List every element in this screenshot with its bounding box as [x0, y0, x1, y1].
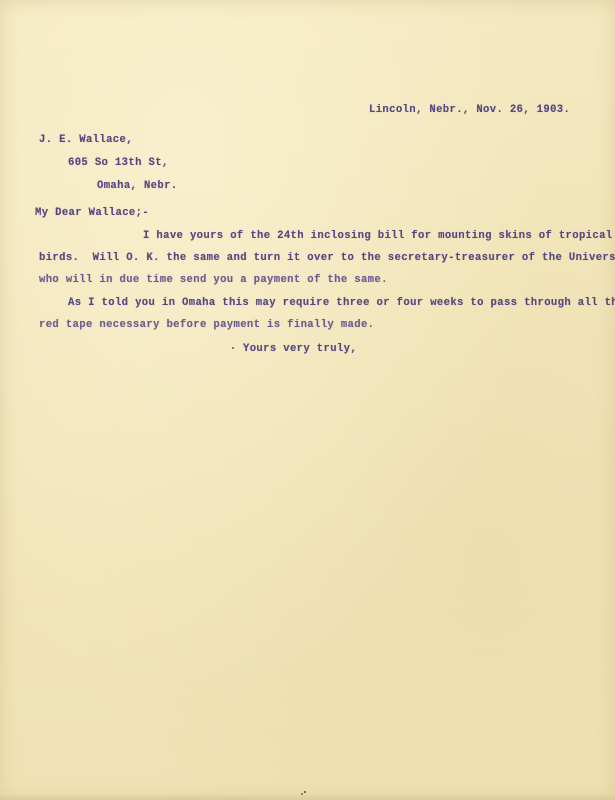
- recipient-city: Omaha, Nebr.: [97, 180, 178, 192]
- body-line-3: who will in due time send you a payment …: [39, 274, 388, 286]
- ink-speck: [232, 347, 234, 349]
- recipient-street: 605 So 13th St,: [68, 157, 169, 169]
- paper-edge: [0, 794, 615, 800]
- dateline: Lincoln, Nebr., Nov. 26, 1903.: [369, 104, 570, 116]
- recipient-name: J. E. Wallace,: [39, 134, 133, 146]
- salutation: My Dear Wallace;-: [35, 207, 149, 219]
- body-line-1: I have yours of the 24th inclosing bill …: [143, 230, 613, 242]
- body-line-2: birds. Will O. K. the same and turn it o…: [39, 252, 615, 264]
- ink-speck: [304, 791, 306, 793]
- body-line-4: As I told you in Omaha this may require …: [68, 297, 615, 309]
- closing: Yours very truly,: [243, 343, 357, 355]
- letter-page: Lincoln, Nebr., Nov. 26, 1903. J. E. Wal…: [0, 0, 615, 800]
- body-line-5: red tape necessary before payment is fin…: [39, 319, 374, 331]
